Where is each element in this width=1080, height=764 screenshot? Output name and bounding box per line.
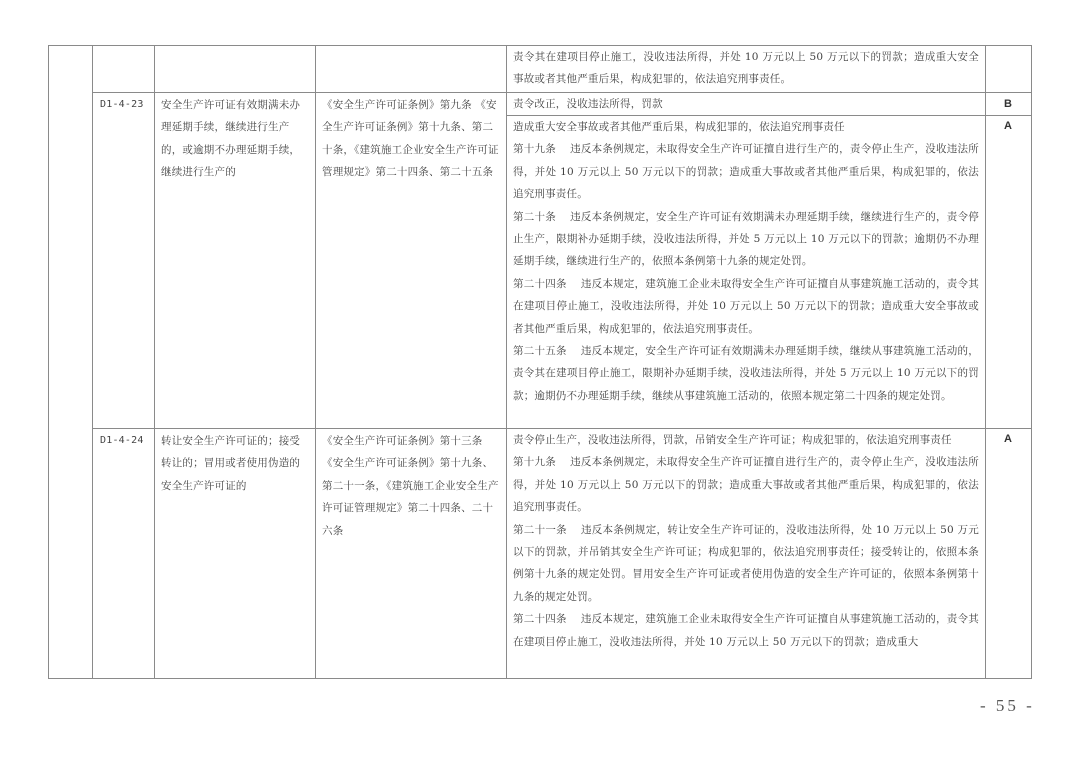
- article-number: 第二十五条: [513, 345, 567, 357]
- col-divider: [985, 45, 986, 679]
- article-number: 第十九条: [513, 456, 556, 468]
- article-paragraph: 第十九条违反本条例规定，未取得安全生产许可证擅自进行生产的，责令停止生产，没收违…: [513, 451, 979, 518]
- article-text: 违反本条例规定，转让安全生产许可证的，没收违法所得，处 10 万元以上 50 万…: [513, 524, 979, 603]
- grade-badge: A: [985, 433, 1031, 445]
- col-divider: [154, 45, 155, 679]
- penalty-text: 责令其在建项目停止施工，没收违法所得，并处 10 万元以上 50 万元以下的罚款…: [513, 46, 979, 91]
- item-code: D1-4-24: [100, 430, 150, 452]
- article-paragraph: 第二十条违反本条例规定，安全生产许可证有效期满未办理延期手续，继续进行生产的，责…: [513, 206, 979, 273]
- article-paragraph: 第十九条违反本条例规定，未取得安全生产许可证擅自进行生产的，责令停止生产，没收违…: [513, 138, 979, 205]
- article-text: 违反本条例规定，安全生产许可证有效期满未办理延期手续，继续进行生产的，责令停止生…: [513, 211, 979, 268]
- item-description: 安全生产许可证有效期满未办理延期手续，继续进行生产的，或逾期不办理延期手续，继续…: [161, 94, 309, 184]
- article-paragraph: 第二十一条违反本条例规定，转让安全生产许可证的，没收违法所得，处 10 万元以上…: [513, 519, 979, 609]
- legal-basis: 《安全生产许可证条例》第十三条 《安全生产许可证条例》第十九条、第二十一条，《建…: [322, 430, 502, 542]
- article-text: 违反本条例规定，未取得安全生产许可证擅自进行生产的，责令停止生产，没收违法所得，…: [513, 456, 979, 513]
- penalty-cell: 责令停止生产，没收违法所得，罚款，吊销安全生产许可证；构成犯罪的，依法追究刑事责…: [513, 429, 979, 677]
- grade-badge: A: [985, 120, 1031, 132]
- col-divider: [506, 45, 507, 679]
- item-description: 转让安全生产许可证的；接受转让的；冒用或者使用伪造的安全生产许可证的: [161, 430, 309, 497]
- article-number: 第二十四条: [513, 278, 567, 290]
- penalty-cell: 责令其在建项目停止施工，没收违法所得，并处 10 万元以上 50 万元以下的罚款…: [513, 46, 979, 91]
- penalty-cell: 责令改正，没收违法所得，罚款: [513, 93, 979, 115]
- col-divider: [48, 45, 49, 679]
- penalty-cell: 造成重大安全事故或者其他严重后果，构成犯罪的，依法追究刑事责任 第十九条违反本条…: [513, 116, 979, 407]
- col-divider: [92, 45, 93, 679]
- penalty-text: 责令改正，没收违法所得，罚款: [513, 93, 979, 115]
- page-number: - 55 -: [980, 696, 1035, 716]
- article-paragraph: 第二十四条违反本规定，建筑施工企业未取得安全生产许可证擅自从事建筑施工活动的，责…: [513, 273, 979, 340]
- article-text: 违反本规定，建筑施工企业未取得安全生产许可证擅自从事建筑施工活动的，责令其在建项…: [513, 613, 979, 647]
- penalty-text: 责令停止生产，没收违法所得，罚款，吊销安全生产许可证；构成犯罪的，依法追究刑事责…: [513, 429, 979, 451]
- article-number: 第十九条: [513, 143, 556, 155]
- article-paragraph: 第二十四条违反本规定，建筑施工企业未取得安全生产许可证擅自从事建筑施工活动的，责…: [513, 608, 979, 653]
- penalty-text: 造成重大安全事故或者其他严重后果，构成犯罪的，依法追究刑事责任: [513, 116, 979, 138]
- table-right-border: [1031, 45, 1032, 679]
- grade-badge: B: [985, 98, 1031, 110]
- legal-basis: 《安全生产许可证条例》第九条 《安全生产许可证条例》第十九条、第二十条，《建筑施…: [322, 94, 502, 184]
- article-number: 第二十条: [513, 211, 556, 223]
- table-bottom-border: [48, 678, 1032, 679]
- article-number: 第二十四条: [513, 613, 567, 625]
- article-number: 第二十一条: [513, 524, 567, 536]
- article-text: 违反本条例规定，未取得安全生产许可证擅自进行生产的，责令停止生产，没收违法所得，…: [513, 143, 979, 200]
- item-code: D1-4-23: [100, 94, 150, 116]
- col-divider: [315, 45, 316, 679]
- article-text: 违反本规定，建筑施工企业未取得安全生产许可证擅自从事建筑施工活动的，责令其在建项…: [513, 278, 979, 335]
- article-paragraph: 第二十五条违反本规定，安全生产许可证有效期满未办理延期手续，继续从事建筑施工活动…: [513, 340, 979, 407]
- article-text: 违反本规定，安全生产许可证有效期满未办理延期手续，继续从事建筑施工活动的，责令其…: [513, 345, 979, 402]
